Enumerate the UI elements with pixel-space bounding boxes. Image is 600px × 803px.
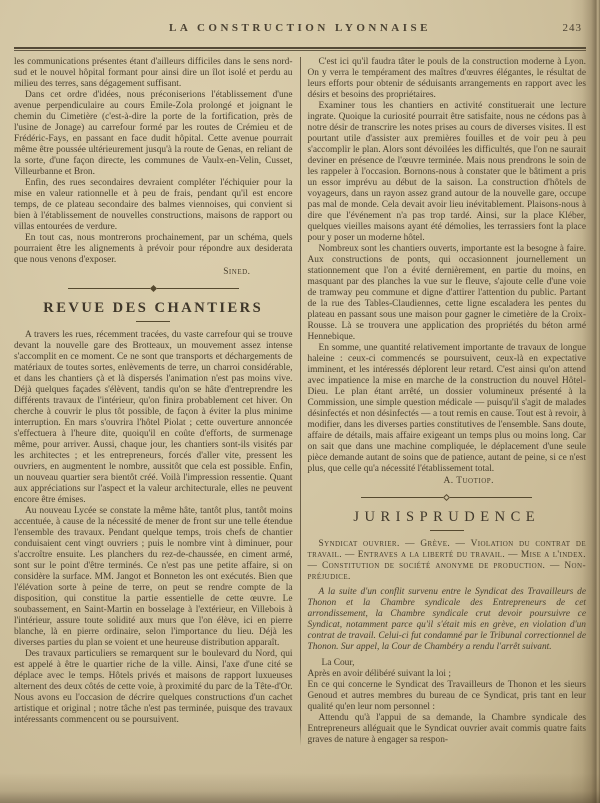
case-headnote: Syndicat ouvrier. — Grève. — Violation d…	[308, 539, 587, 583]
paragraph: Dans cet ordre d'idées, nous préconiseri…	[14, 90, 293, 178]
page-title: LA CONSTRUCTION LYONNAISE	[16, 22, 584, 34]
paragraph: Nombreux sont les chantiers ouverts, imp…	[308, 244, 587, 343]
section-title-jurisprudence: JURISPRUDENCE	[308, 509, 587, 526]
diamond-icon	[443, 493, 450, 500]
paragraph: En tout cas, nous montrerons prochaineme…	[14, 233, 293, 266]
heading-rule	[136, 321, 170, 322]
paragraph: C'est ici qu'il faudra tâter le pouls de…	[308, 57, 587, 101]
masthead: LA CONSTRUCTION LYONNAISE 243	[16, 14, 584, 44]
rule-line	[450, 497, 532, 498]
paragraph: Examiner tous les chantiers en activité …	[308, 101, 587, 244]
paragraph: Enfin, des rues secondaires devraient co…	[14, 178, 293, 233]
diamond-icon	[150, 284, 157, 291]
section-separator	[308, 493, 587, 501]
paragraph: Après en avoir délibéré suivant la loi ;	[308, 669, 587, 680]
right-column: C'est ici qu'il faudra tâter le pouls de…	[308, 57, 587, 746]
paragraph: Des travaux particuliers se remarquent s…	[14, 649, 293, 726]
paragraph: A travers les rues, récemment tracées, d…	[14, 330, 293, 506]
column-divider	[300, 57, 301, 746]
paragraph: Au nouveau Lycée se constate la même hât…	[14, 506, 293, 649]
journal-page: LA CONSTRUCTION LYONNAISE 243 les commun…	[0, 0, 600, 803]
left-column: les communications présentes étant d'ail…	[14, 57, 293, 746]
paragraph: La Cour,	[308, 658, 587, 669]
heading-rule	[430, 530, 464, 531]
page-number: 243	[563, 22, 583, 34]
article-signature: Sined.	[14, 266, 293, 278]
paragraph: En somme, une quantité relativement impo…	[308, 343, 587, 475]
paragraph: En ce qui concerne le Syndicat des Trava…	[308, 680, 587, 713]
rule-line	[361, 497, 443, 498]
section-title-revue-des-chantiers: REVUE DES CHANTIERS	[14, 300, 293, 317]
paragraph: Attendu qu'à l'appui de sa demande, la C…	[308, 713, 587, 746]
article-signature: A. Tuotiop.	[308, 475, 587, 487]
page-content: les communications présentes étant d'ail…	[0, 51, 600, 746]
rule-line	[68, 288, 150, 289]
section-separator	[14, 284, 293, 292]
rule-line	[157, 288, 239, 289]
paragraph: les communications présentes étant d'ail…	[14, 57, 293, 90]
case-summary: A la suite d'un conflit survenu entre le…	[308, 587, 587, 653]
